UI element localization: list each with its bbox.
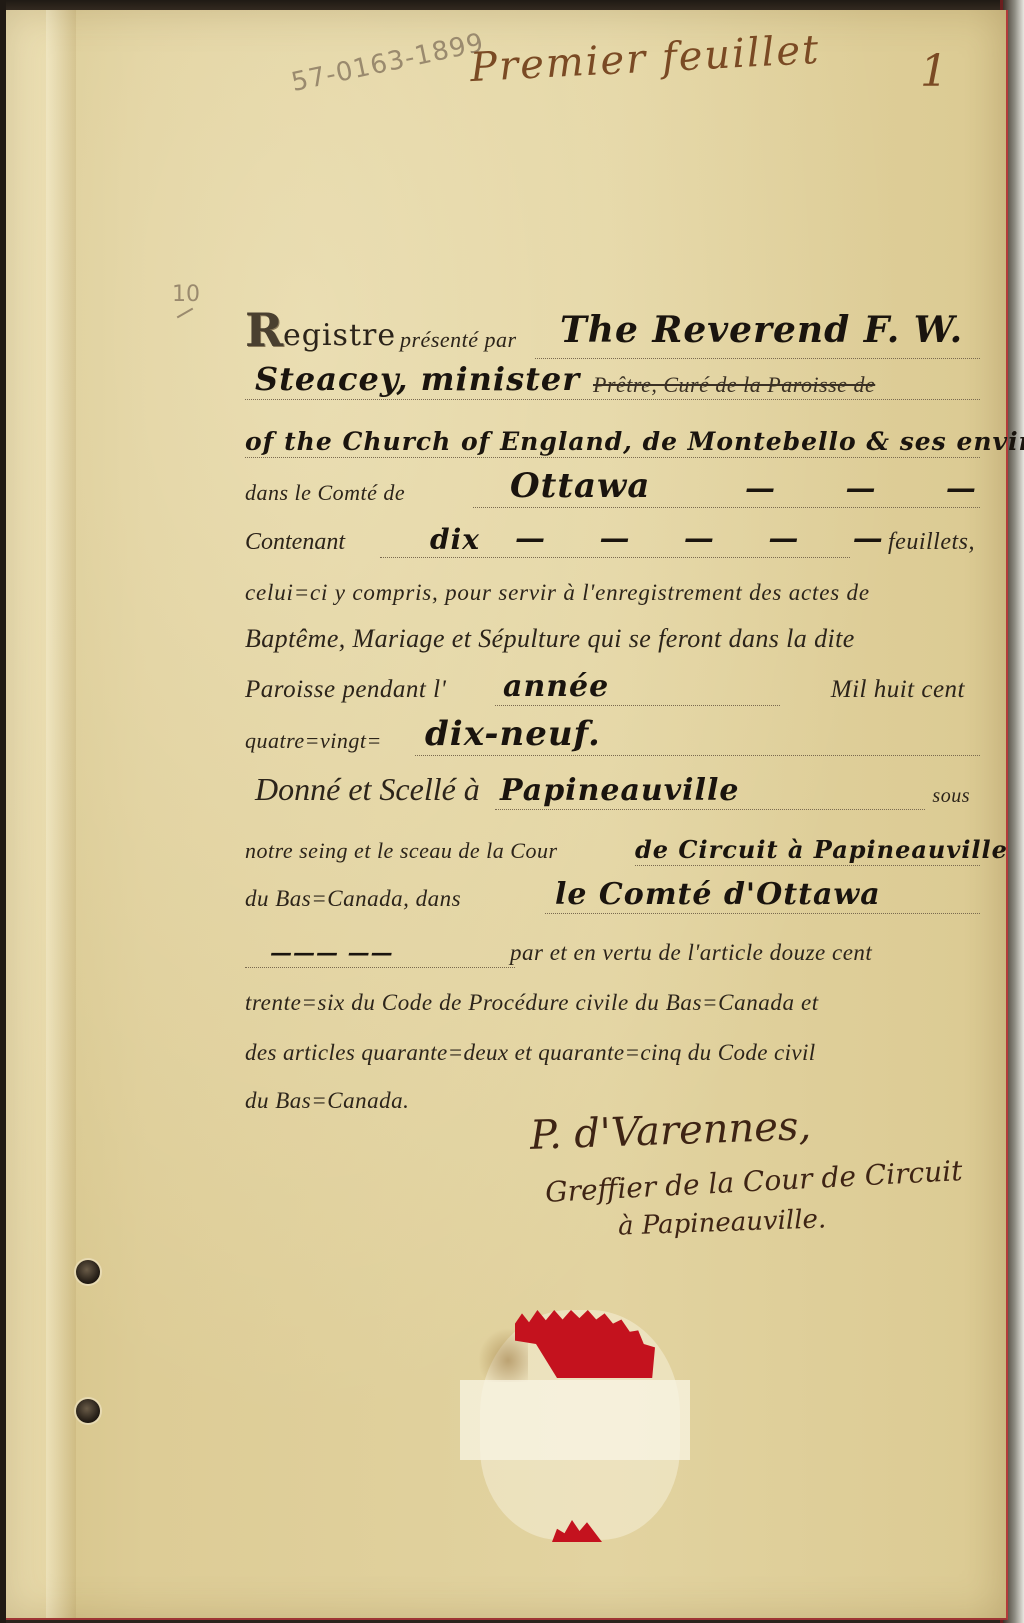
line-paroisse: Paroisse pendant l' année Mil huit cent [245, 668, 980, 712]
handwritten-place: Papineauville [500, 773, 739, 808]
handwritten-leaf-count: dix [430, 523, 480, 556]
filler-dashes: — — — — — [515, 521, 905, 556]
fill-line [545, 912, 980, 914]
filler-dashes: ——— —— [270, 940, 394, 966]
line-donne: Donné et Scellé à Papineauville sous [245, 772, 980, 816]
handwritten-year-word: année [503, 669, 609, 704]
handwritten-church: of the Church of England, de Montebello … [245, 427, 1024, 456]
binder-punch-hole [76, 1399, 100, 1423]
line-comte: dans le Comté de Ottawa — — — [245, 470, 980, 514]
line-seing: notre seing et le sceau de la Cour de Ci… [245, 828, 980, 872]
clerk-signature: P. d'Varennes, [529, 1103, 812, 1159]
handwritten-county: Ottawa [510, 466, 650, 506]
printed-text: des articles quarante=deux et quarante=c… [245, 1040, 816, 1066]
printed-paroisse-pendant: Paroisse pendant l' [245, 676, 446, 704]
red-wafer-seal [460, 1310, 690, 1550]
fill-line [380, 556, 850, 558]
line-contenant: Contenant dix — — — — — feuillets, [245, 520, 980, 564]
line-par-et-en-vertu: ——— —— par et en vertu de l'article douz… [245, 930, 980, 974]
printed-presente-par: présenté par [400, 327, 517, 353]
printed-text: celui=ci y compris, pour servir à l'enre… [245, 580, 870, 606]
binder-punch-hole [76, 1260, 100, 1284]
seal-paper-band [460, 1380, 690, 1460]
filler-dashes: — — — [745, 471, 1006, 506]
handwritten-court: de Circuit à Papineauville [635, 835, 1008, 864]
fill-line [473, 506, 980, 508]
fill-line [245, 398, 980, 400]
handwritten-county-court: le Comté d'Ottawa [555, 877, 881, 912]
printed-mil-huit-cent: Mil huit cent [831, 676, 965, 704]
line-church: of the Church of England, de Montebello … [245, 420, 980, 464]
fill-line [635, 864, 980, 866]
fill-line [495, 808, 925, 810]
handwritten-minister: Steacey, minister [255, 360, 580, 398]
struck-printed-text: Prêtre, Curé de la Paroisse de [593, 372, 875, 398]
handwritten-year-number: dix-neuf. [425, 714, 601, 754]
leaf-number: 1 [920, 46, 948, 97]
printed-contenant: Contenant [245, 529, 345, 556]
printed-text: par et en vertu de l'article douze cent [510, 940, 872, 966]
fill-line [495, 704, 780, 706]
line-minister: Steacey, minister Prêtre, Curé de la Par… [245, 362, 980, 406]
fill-line [415, 754, 980, 756]
printed-feuillets: feuillets, [888, 529, 975, 556]
line-quatre-vingt: quatre=vingt= dix-neuf. [245, 718, 980, 762]
line-registre: R egistre présenté par The Reverend F. W… [245, 305, 980, 365]
printed-text: du Bas=Canada. [245, 1088, 409, 1114]
line-celui-ci: celui=ci y compris, pour servir à l'enre… [245, 570, 980, 614]
fill-line [245, 456, 980, 458]
printed-text: Baptême, Mariage et Sépulture qui se fer… [245, 624, 855, 654]
printed-du-bas-canada: du Bas=Canada, dans [245, 886, 461, 912]
fill-line [535, 357, 980, 359]
ornamental-initial: R [245, 303, 283, 357]
line-bas-canada-comte: du Bas=Canada, dans le Comté d'Ottawa [245, 876, 980, 920]
line-bapteme: Baptême, Mariage et Sépulture qui se fer… [245, 618, 980, 662]
margin-number: 10 [172, 282, 200, 307]
printed-donne-et-scelle: Donné et Scellé à [255, 771, 480, 808]
printed-registre: egistre [283, 318, 396, 353]
printed-dans-le-comte: dans le Comté de [245, 480, 405, 506]
page-fold-shading [46, 10, 76, 1618]
printed-sous: sous [932, 785, 970, 808]
fill-line [245, 966, 515, 968]
handwritten-presenter: The Reverend F. W. [560, 309, 963, 351]
line-articles: des articles quarante=deux et quarante=c… [245, 1030, 980, 1074]
printed-quatre-vingt: quatre=vingt= [245, 728, 382, 754]
printed-text: trente=six du Code de Procédure civile d… [245, 990, 819, 1016]
printed-seing-sceau: notre seing et le sceau de la Cour [245, 838, 558, 864]
line-trente-six: trente=six du Code de Procédure civile d… [245, 980, 980, 1024]
